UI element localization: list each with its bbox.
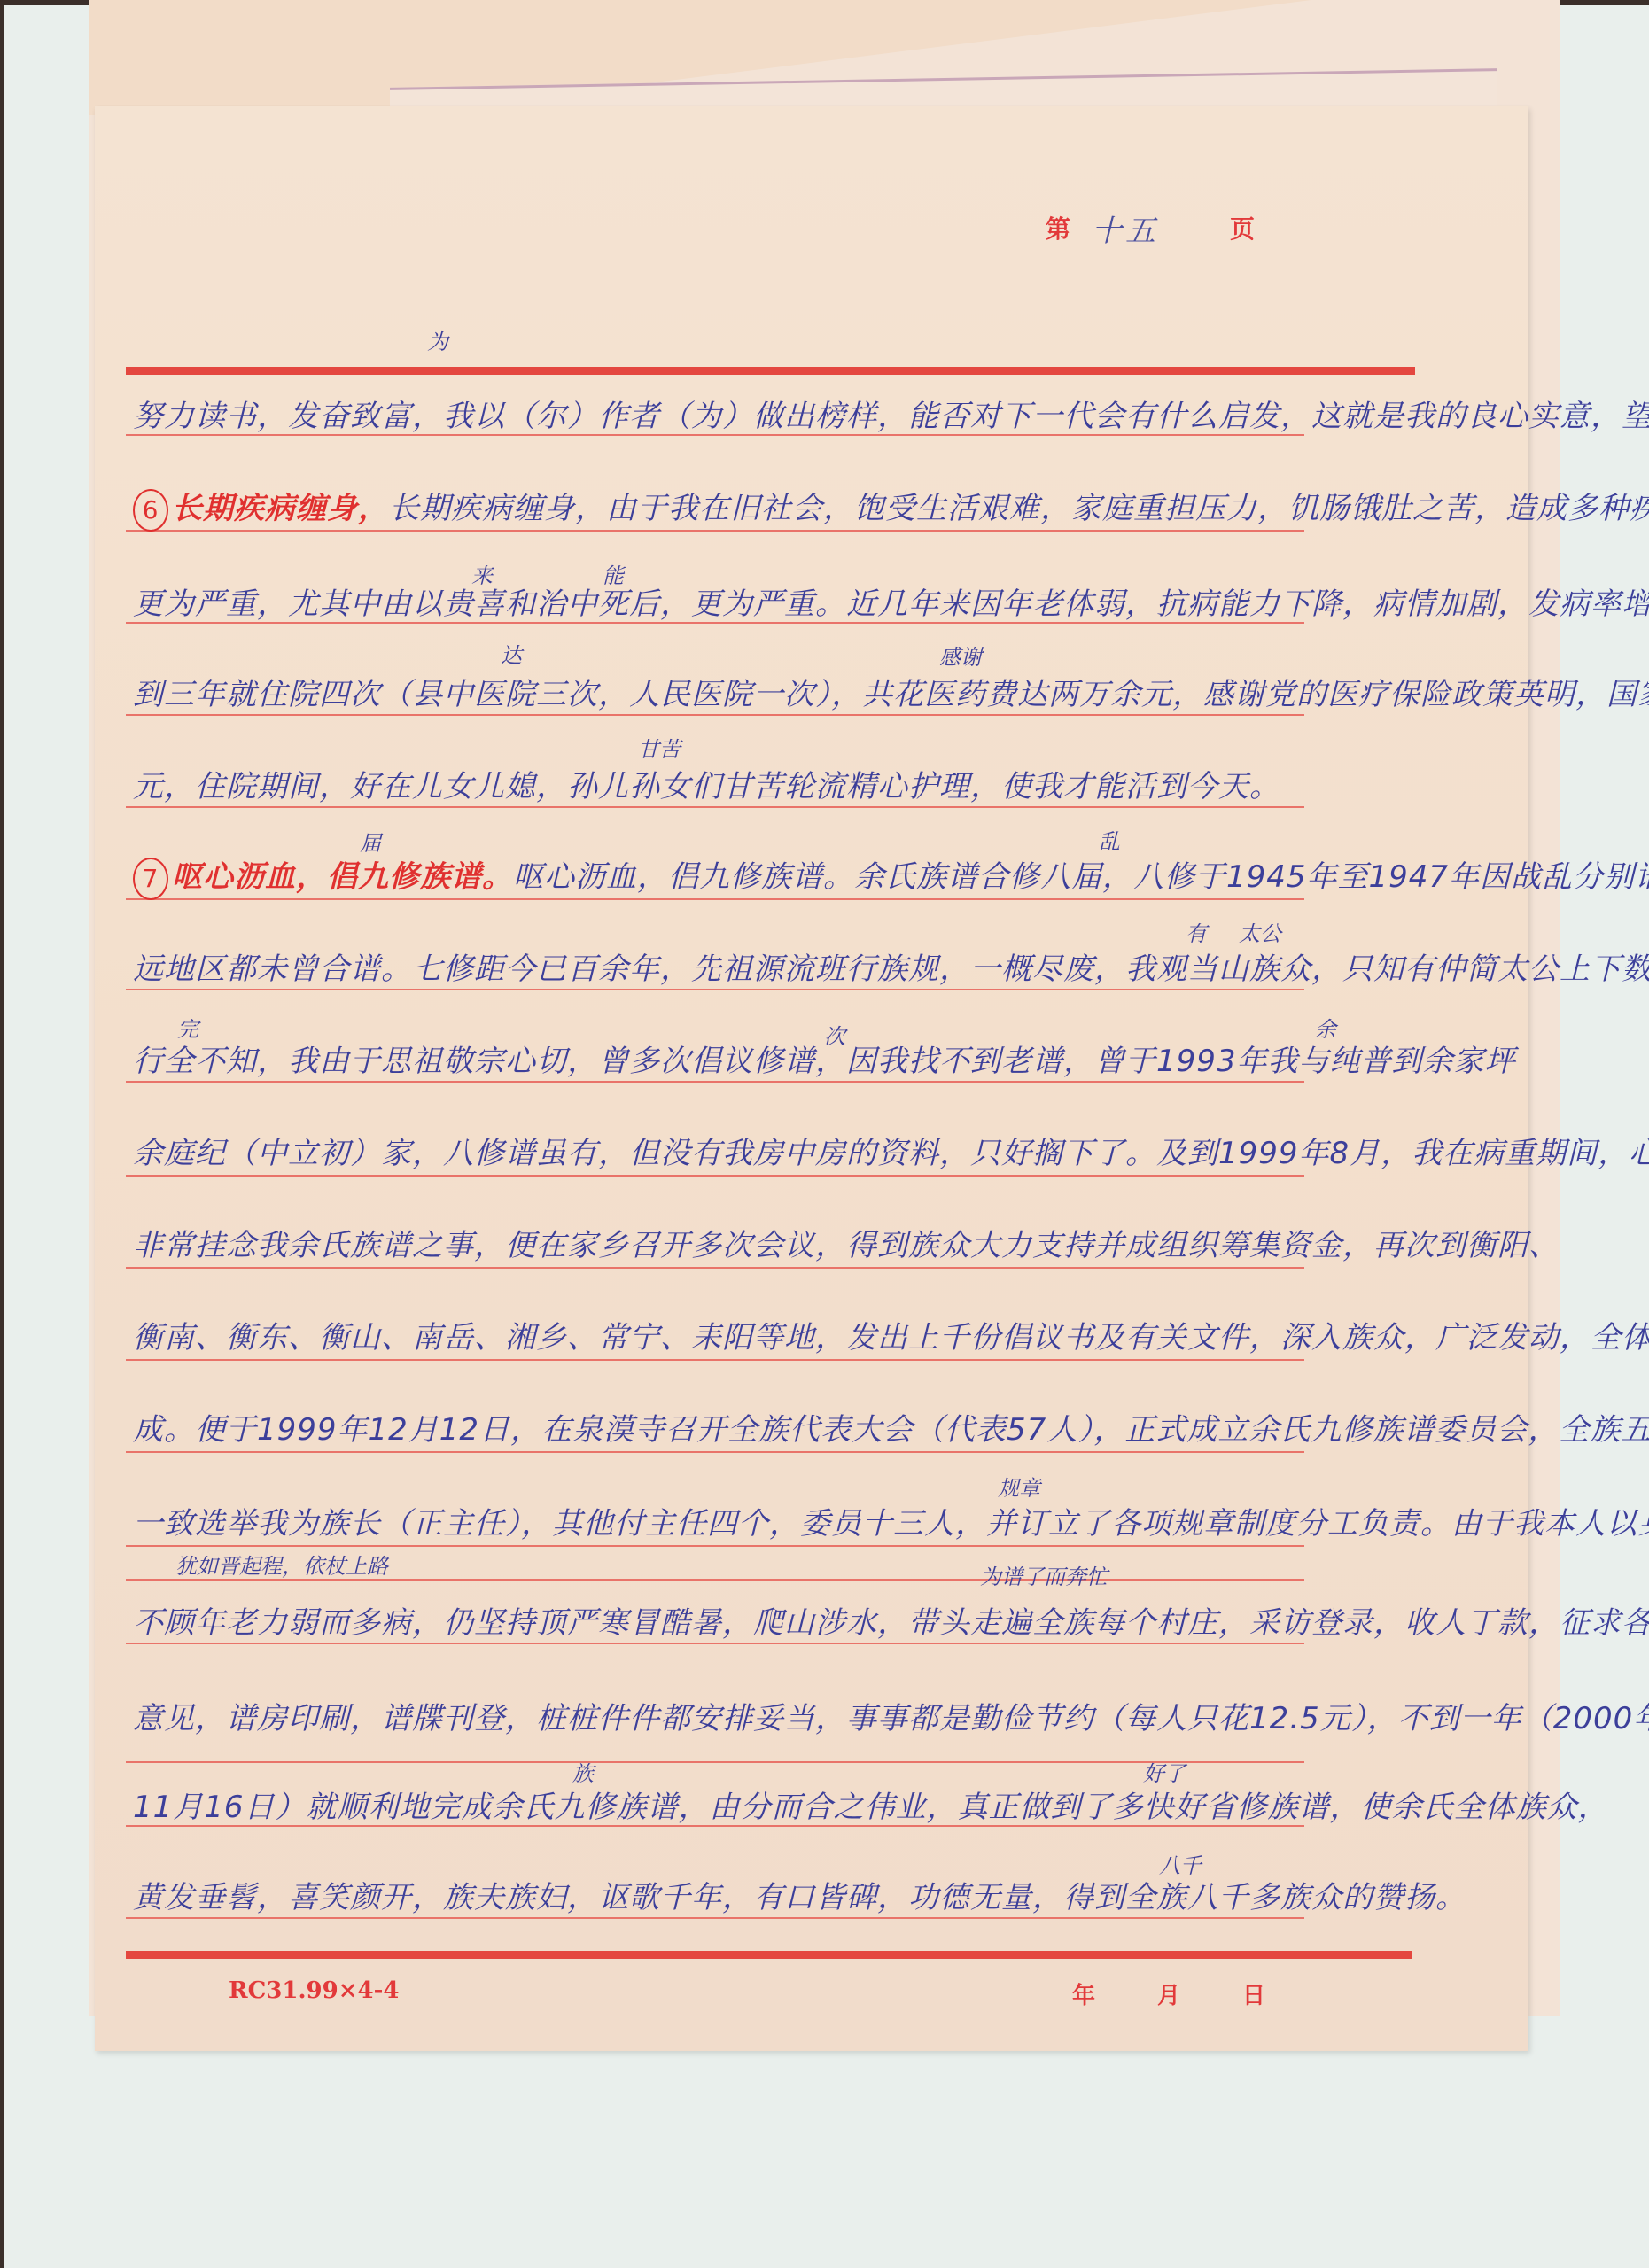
- annotation: 好了: [1143, 1756, 1186, 1787]
- text-line: 一致选举我为族长（正主任），其他付主任四个，委员十三人，并订立了各项规章制度分工…: [133, 1504, 1444, 1543]
- text-line: 远地区都未曾合谱。七修距今已百余年，先祖源流班行族规，一概尽废，我观当山族众，只…: [133, 950, 1444, 989]
- section-number-7: 7: [133, 858, 168, 900]
- text-line: 呕心沥血，倡九修族谱。余氏族谱合修八届，八修于1945年至1947年因战乱分别谱…: [513, 859, 1649, 895]
- rule-line: [126, 989, 1304, 990]
- text-line: 11月16日）就顺利地完成余氏九修族谱，由分而合之伟业，真正做到了多快好省修族谱…: [133, 1788, 1444, 1827]
- month-label: 月: [1157, 1977, 1180, 2010]
- annotation: 族: [572, 1756, 594, 1787]
- text-line: 余庭纪（中立初）家，八修谱虽有，但没有我房中房的资料，只好搁下了。及到1999年…: [133, 1134, 1444, 1173]
- annotation: 八千: [1159, 1848, 1202, 1879]
- rule-line: [126, 1643, 1304, 1644]
- text-line: 不顾年老力弱而多病，仍坚持顶严寒冒酷暑，爬山涉水，带头走遍全族每个村庄，采访登录…: [133, 1604, 1444, 1643]
- page-number: 十五: [1092, 206, 1159, 250]
- text-line: 更为严重，尤其中由以贵喜和治中死后，更为严重。近几年来因年老体弱，抗病能力下降，…: [133, 585, 1444, 624]
- rule-line: [126, 1175, 1304, 1177]
- day-label: 日: [1242, 1977, 1265, 2010]
- annotation: 为谱了而奔忙: [980, 1559, 1108, 1590]
- annotation: 完: [177, 1012, 198, 1043]
- rule-line: [126, 1081, 1304, 1083]
- annotation: 甘苦: [638, 732, 681, 763]
- text-line: 元，住院期间，好在儿女儿媳，孙儿孙女们甘苦轮流精心护理，使我才能活到今天。: [133, 767, 1444, 806]
- text-line: 成。便于1999年12月12日，在泉漠寺召开全族代表大会（代表57人），正式成立…: [133, 1410, 1444, 1449]
- section-number-6: 6: [133, 489, 168, 532]
- annotation: 为: [427, 324, 448, 355]
- date-fields: 年 月 日: [1072, 1977, 1265, 2010]
- rule-line: [126, 1761, 1304, 1763]
- rule-line: [126, 1917, 1304, 1919]
- annotation: 犹如晋起程，依杖上路: [175, 1549, 388, 1580]
- scanner-edge-left: [0, 0, 4, 2268]
- annotation: 规章: [998, 1471, 1040, 1502]
- annotation: 太公: [1239, 916, 1281, 947]
- text-line: 衡南、衡东、衡山、南岳、湘乡、常宁、耒阳等地，发出上千份倡议书及有关文件，深入族…: [133, 1318, 1444, 1357]
- page-prefix: 第: [1046, 210, 1070, 245]
- year-label: 年: [1072, 1977, 1095, 2010]
- rule-line: [126, 1267, 1304, 1269]
- section-7-title: 呕心沥血，倡九修族谱。: [172, 859, 513, 895]
- annotation: 达: [501, 638, 522, 669]
- form-code: RC31.99×4-4: [229, 1977, 399, 2004]
- rule-line: [126, 806, 1304, 808]
- annotation: 乱: [1099, 824, 1120, 855]
- section-7-line: 7呕心沥血，倡九修族谱。呕心沥血，倡九修族谱。余氏族谱合修八届，八修于1945年…: [133, 858, 1444, 900]
- rule-line: [126, 1545, 1304, 1547]
- page-suffix: 页: [1230, 210, 1255, 245]
- annotation: 届: [360, 826, 381, 857]
- text-line: 努力读书，发奋致富，我以（尔）作者（为）做出榜样，能否对下一代会有什么启发，这就…: [133, 397, 1444, 436]
- rule-line: [126, 1359, 1304, 1361]
- page-number-header: 第 十五 页: [1046, 206, 1365, 250]
- rule-line: [126, 1451, 1304, 1453]
- text-line: 黄发垂髫，喜笑颜开，族夫族妇，讴歌千年，有口皆碑，功德无量，得到全族八千多族众的…: [133, 1878, 1444, 1917]
- annotation: 余: [1315, 1012, 1336, 1043]
- annotation: 感谢: [939, 640, 982, 671]
- text-line: 非常挂念我余氏族谱之事，便在家乡召开多次会议，得到族众大力支持并成组织筹集资金，…: [133, 1226, 1444, 1265]
- section-6-line: 6长期疾病缠身，长期疾病缠身，由于我在旧社会，饱受生活艰难，家庭重担压力，饥肠饿…: [133, 489, 1444, 532]
- text-line: 长期疾病缠身，由于我在旧社会，饱受生活艰难，家庭重担压力，饥肠饿肚之苦，造成多种…: [389, 491, 1649, 526]
- section-6-title: 长期疾病缠身，: [172, 491, 389, 526]
- rule-line: [126, 714, 1304, 716]
- header-rule: [126, 367, 1415, 375]
- text-line: 行全不知，我由于思祖敬宗心切，曾多次倡议修谱，因我找不到老谱，曾于1993年我与…: [133, 1042, 1444, 1081]
- text-line: 到三年就住院四次（县中医院三次，人民医院一次），共花医药费达两万余元，感谢党的医…: [133, 675, 1444, 714]
- annotation: 有: [1186, 916, 1207, 947]
- footer-rule: [126, 1951, 1412, 1959]
- text-line: 意见，谱房印刷，谱牒刊登，桩桩件件都安排妥当，事事都是勤俭节约（每人只花12.5…: [133, 1699, 1444, 1738]
